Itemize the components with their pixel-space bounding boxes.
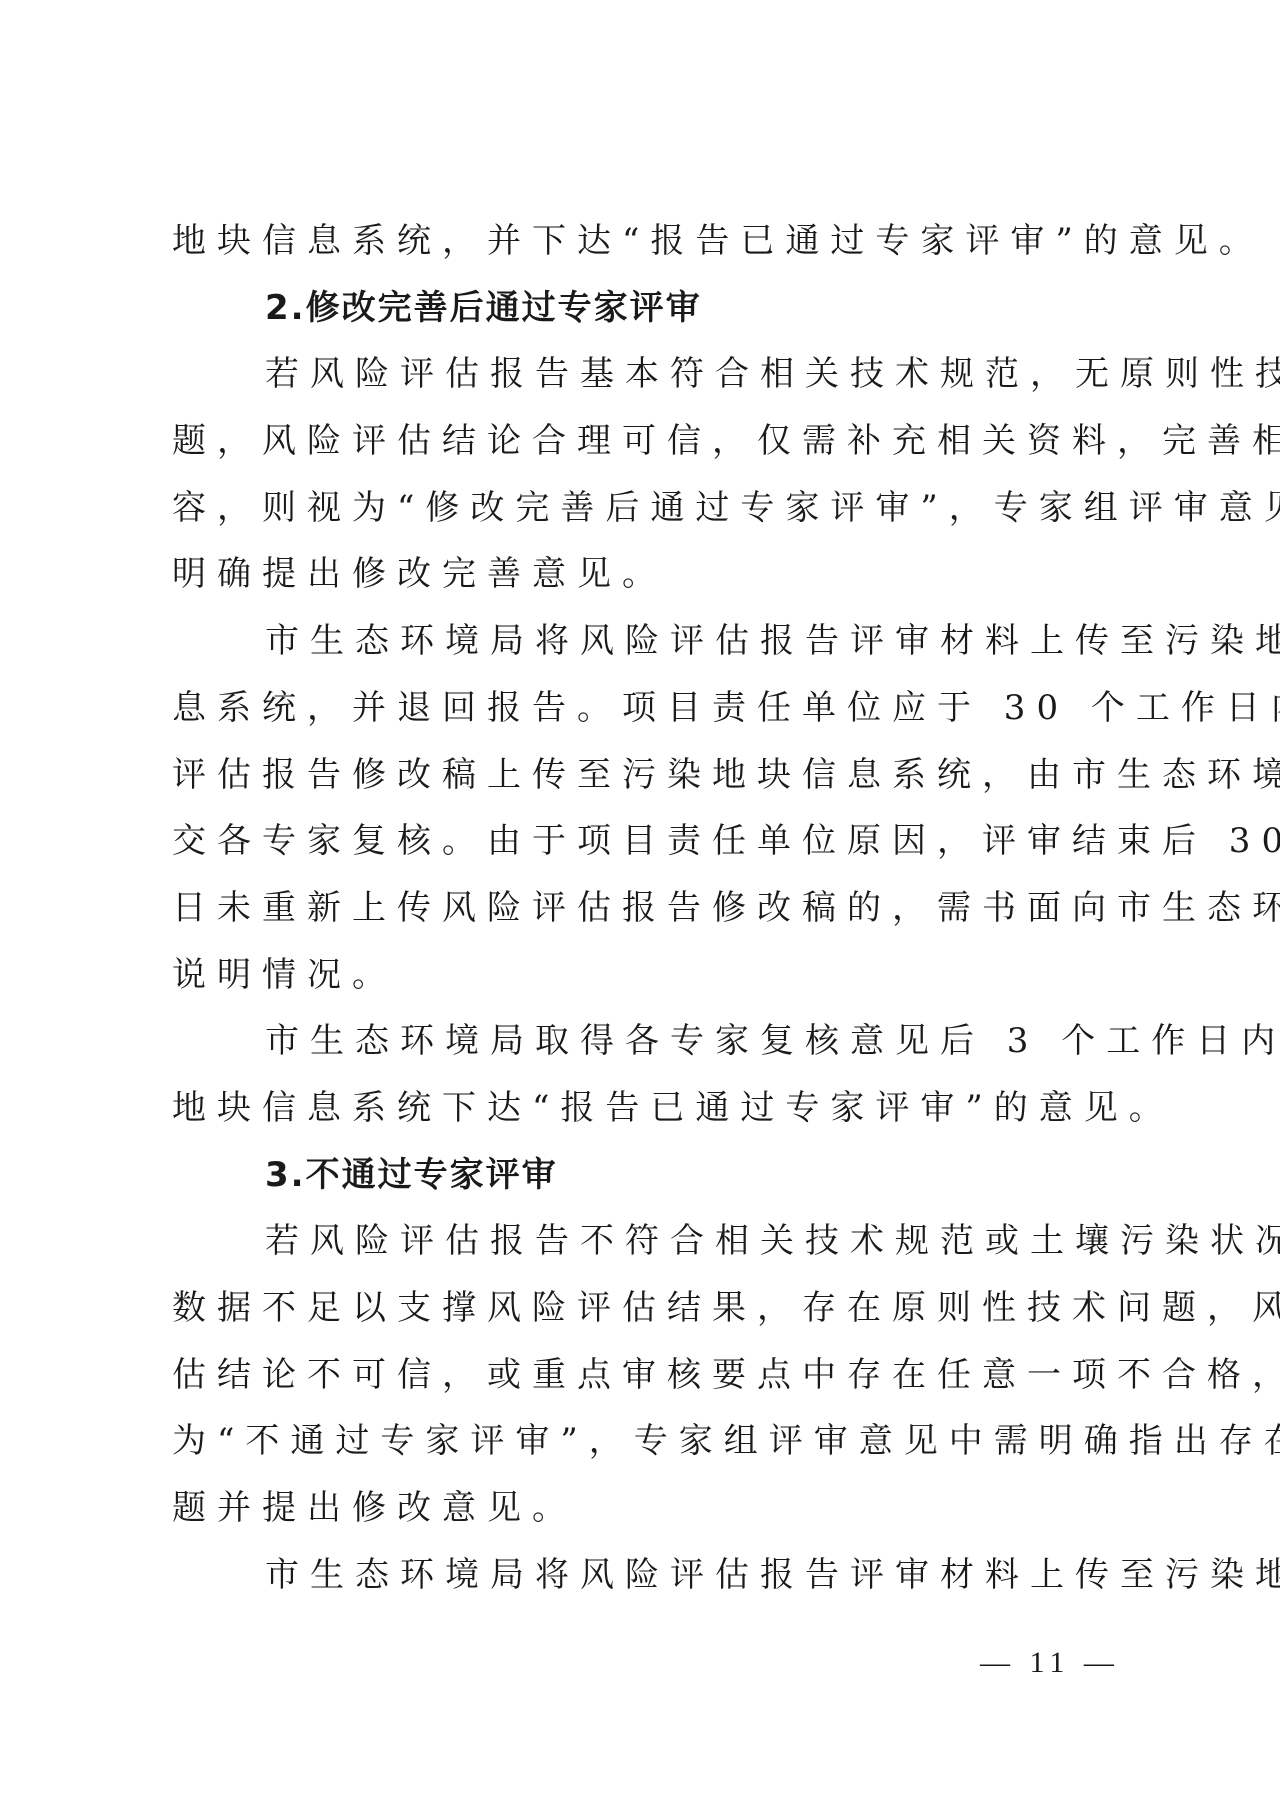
paragraph-line: 数据不足以支撑风险评估结果，存在原则性技术问题，风险评 [172,1275,1112,1342]
section-heading: 2.修改完善后通过专家评审 [172,275,1112,342]
paragraph-line: 评估报告修改稿上传至污染地块信息系统，由市生态环境局提 [172,742,1112,809]
paragraph-line: 市生态环境局取得各专家复核意见后 3 个工作日内在污染 [172,1008,1112,1075]
document-body: 地块信息系统，并下达“报告已通过专家评审”的意见。 2.修改完善后通过专家评审 … [172,208,1112,1608]
paragraph-line: 若风险评估报告不符合相关技术规范或土壤污染状况调查 [172,1208,1112,1275]
paragraph-line: 估结论不可信，或重点审核要点中存在任意一项不合格，则视 [172,1342,1112,1409]
paragraph-line: 若风险评估报告基本符合相关技术规范，无原则性技术问 [172,341,1112,408]
paragraph-line: 明确提出修改完善意见。 [172,541,1112,608]
paragraph-line: 地块信息系统，并下达“报告已通过专家评审”的意见。 [172,208,1112,275]
paragraph-line: 息系统，并退回报告。项目责任单位应于 30 个工作日内将风险 [172,675,1112,742]
paragraph-line: 容，则视为“修改完善后通过专家评审”，专家组评审意见中需 [172,475,1112,542]
paragraph-line: 题，风险评估结论合理可信，仅需补充相关资料，完善相关内 [172,408,1112,475]
paragraph-line: 市生态环境局将风险评估报告评审材料上传至污染地块信 [172,1542,1112,1609]
paragraph-line: 市生态环境局将风险评估报告评审材料上传至污染地块信 [172,608,1112,675]
page-number: — 11 — [980,1646,1120,1680]
paragraph-line: 日未重新上传风险评估报告修改稿的，需书面向市生态环境局 [172,875,1112,942]
paragraph-line: 地块信息系统下达“报告已通过专家评审”的意见。 [172,1075,1112,1142]
section-heading: 3.不通过专家评审 [172,1142,1112,1209]
paragraph-line: 题并提出修改意见。 [172,1475,1112,1542]
paragraph-line: 说明情况。 [172,942,1112,1009]
paragraph-line: 为“不通过专家评审”，专家组评审意见中需明确指出存在的问 [172,1408,1112,1475]
paragraph-line: 交各专家复核。由于项目责任单位原因，评审结束后 30 个工作 [172,808,1112,875]
